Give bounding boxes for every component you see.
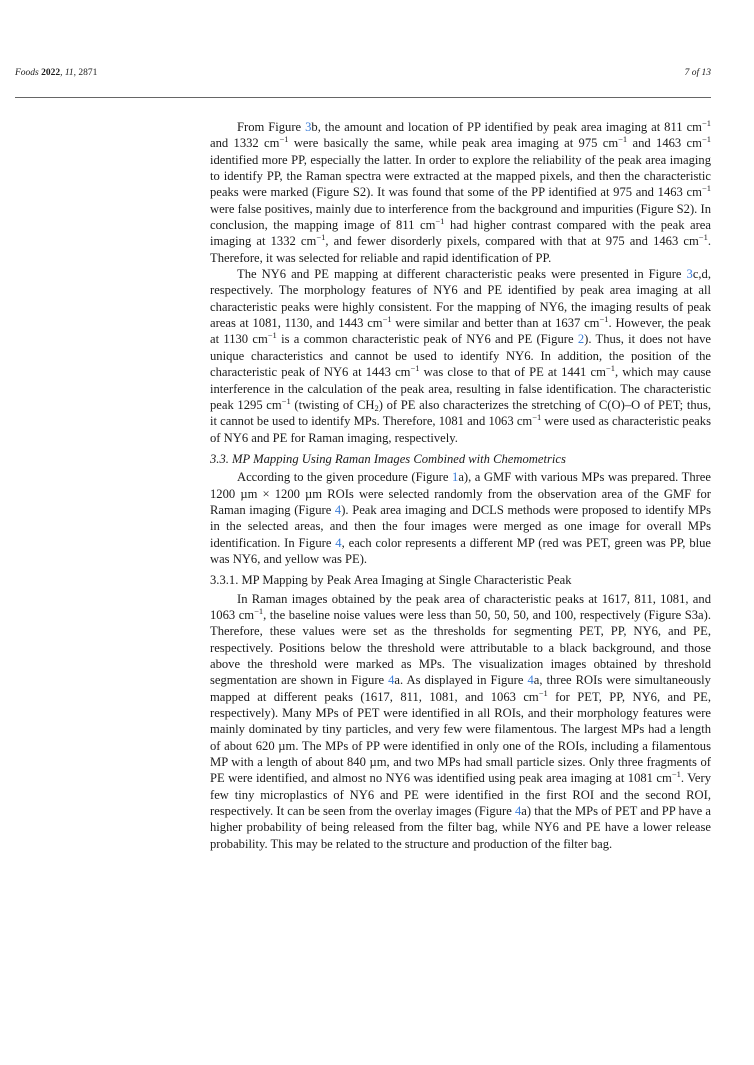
journal-volume: 11 [65, 68, 74, 78]
journal-year: 2022 [41, 68, 60, 78]
section-heading-3-3: 3.3. MP Mapping Using Raman Images Combi… [210, 451, 711, 467]
journal-citation: Foods 2022, 11, 2871 [15, 68, 97, 78]
section-heading-3-3-1: 3.3.1. MP Mapping by Peak Area Imaging a… [210, 572, 711, 588]
paragraph-peak-area-imaging: In Raman images obtained by the peak are… [210, 591, 711, 853]
article-body: From Figure 3b, the amount and location … [210, 119, 711, 852]
article-number: 2871 [78, 68, 97, 78]
page-number: 7 of 13 [685, 68, 711, 78]
page-header: Foods 2022, 11, 2871 7 of 13 [15, 68, 711, 84]
paragraph-pp-mapping: From Figure 3b, the amount and location … [210, 119, 711, 266]
header-rule [15, 97, 711, 98]
paragraph-ny6-pe-mapping: The NY6 and PE mapping at different char… [210, 266, 711, 446]
journal-name: Foods [15, 68, 39, 78]
paragraph-gmf-procedure: According to the given procedure (Figure… [210, 469, 711, 567]
